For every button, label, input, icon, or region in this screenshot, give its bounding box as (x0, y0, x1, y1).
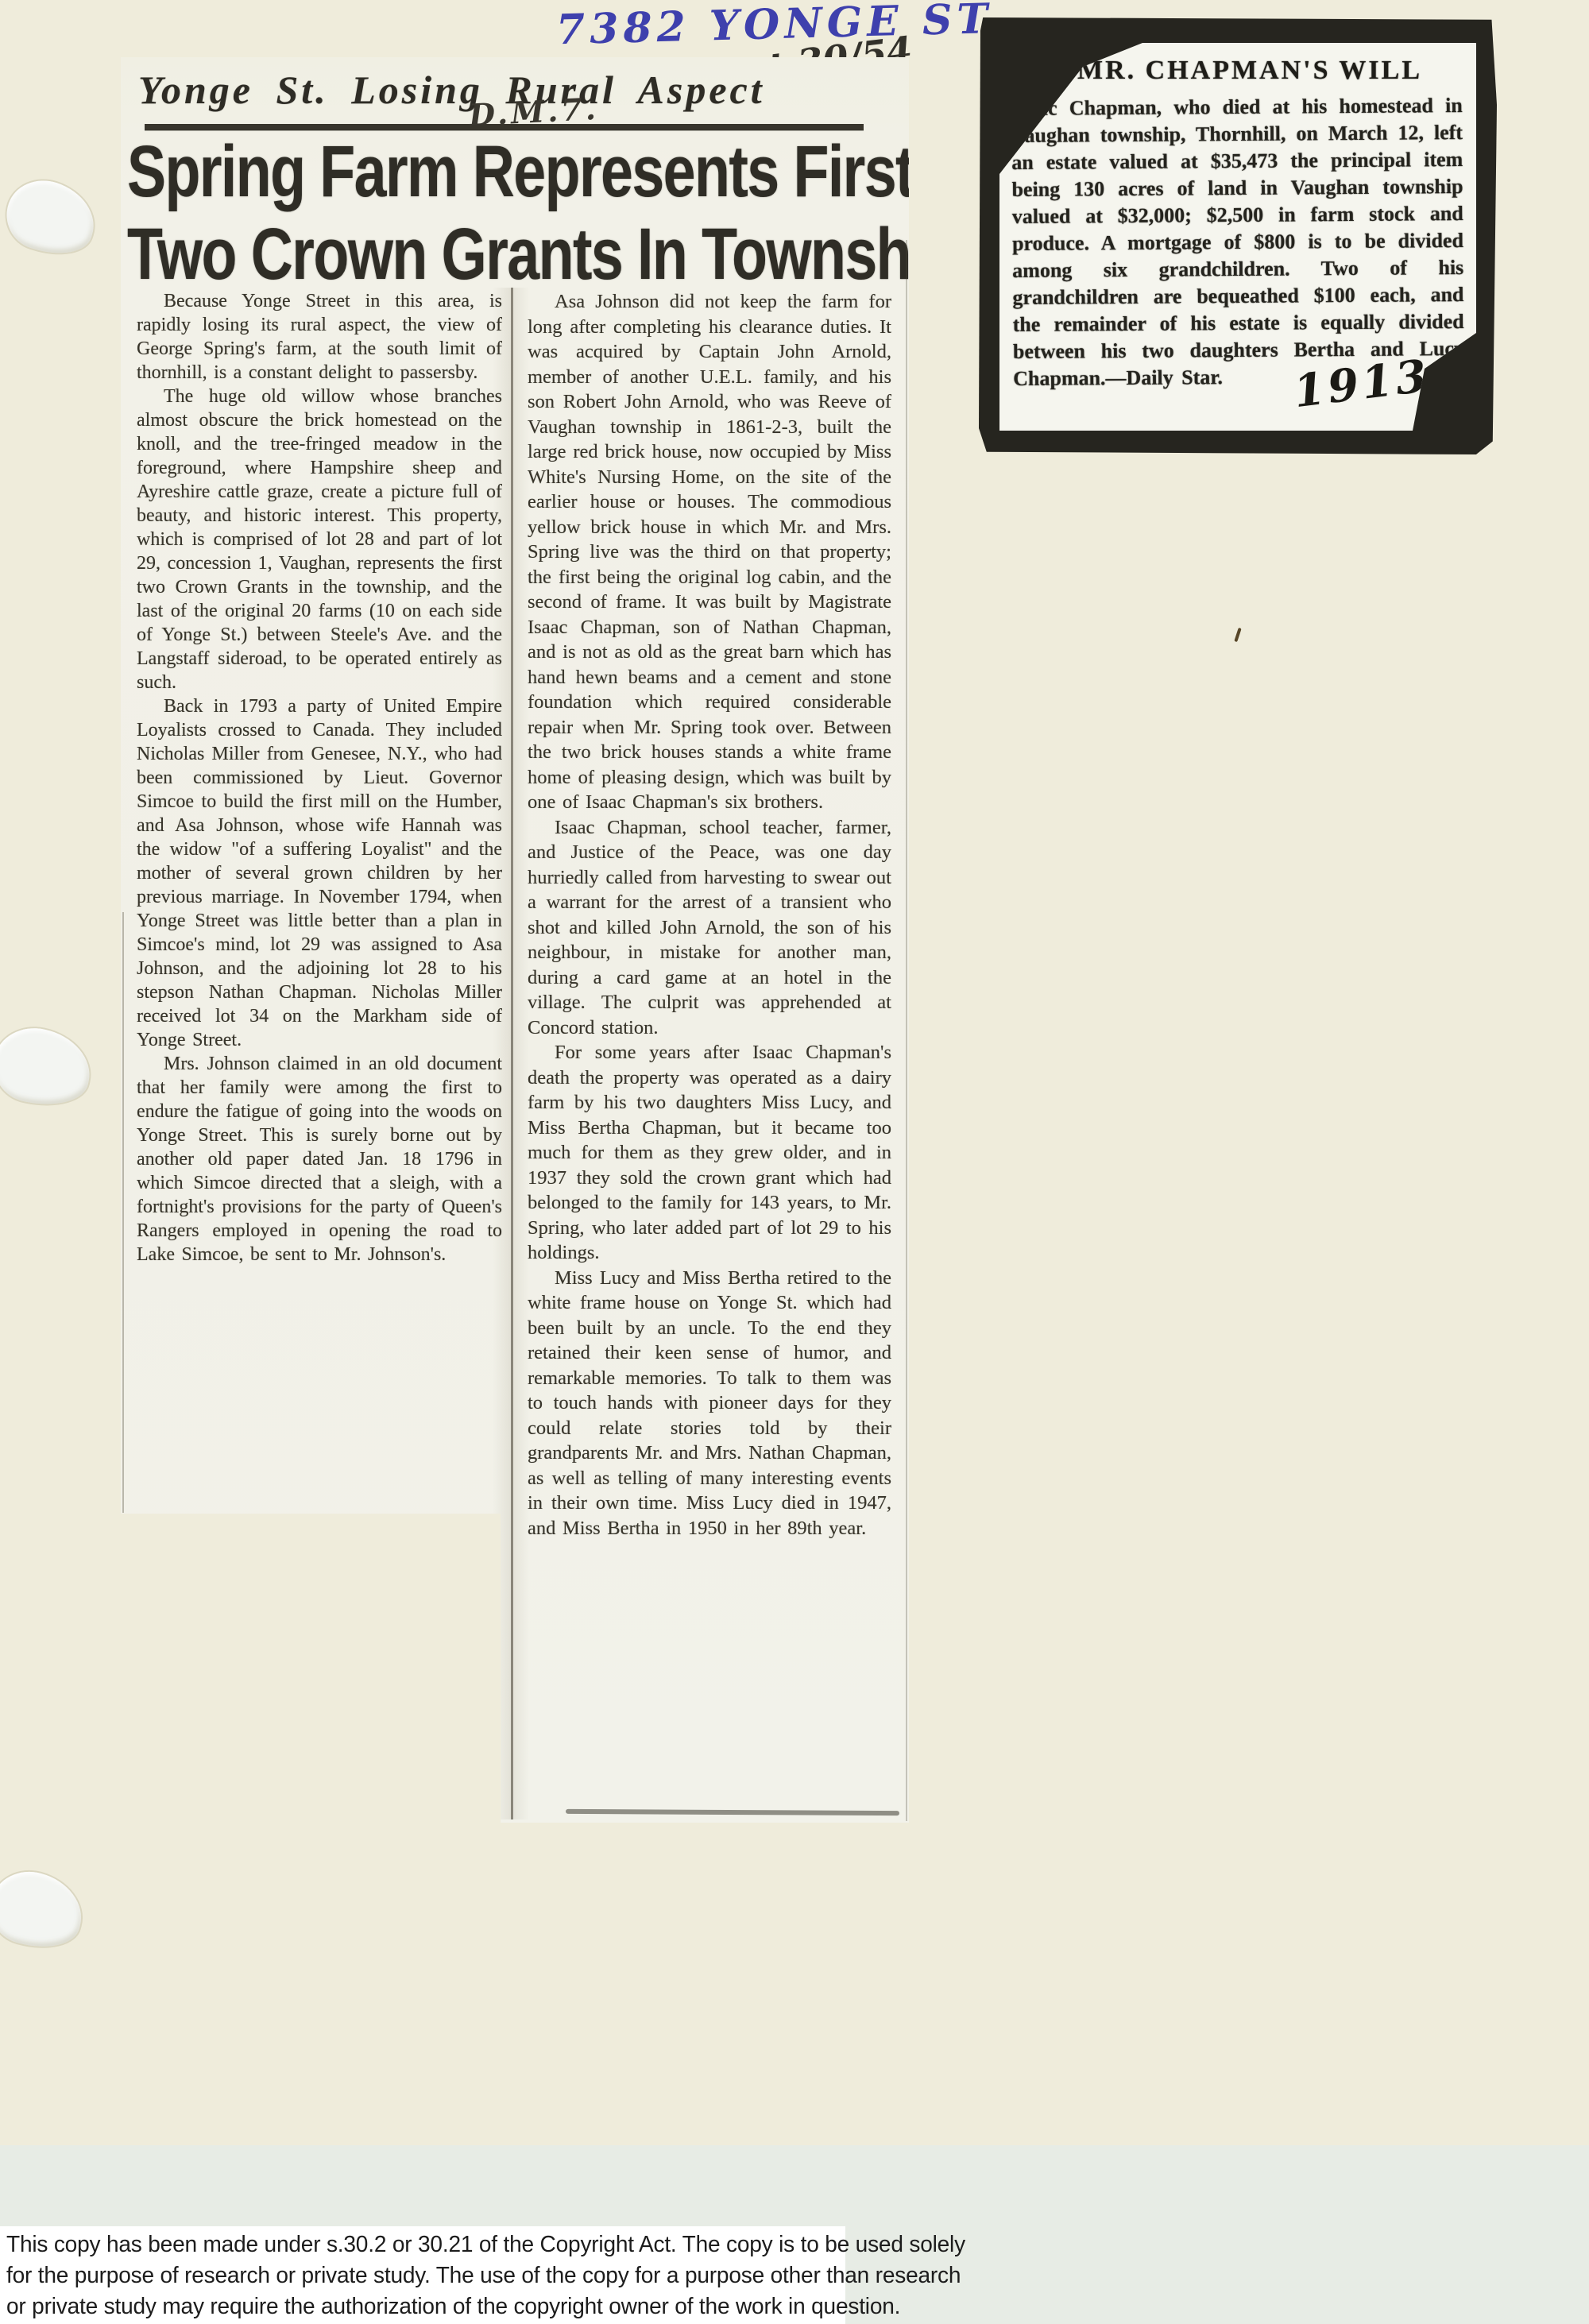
punch-hole-bottom (0, 1863, 91, 1958)
copyright-line: for the purpose of research or private s… (6, 2260, 833, 2291)
paragraph: Back in 1793 a party of United Empire Lo… (137, 694, 502, 1052)
paragraph: Miss Lucy and Miss Bertha retired to the… (528, 1266, 891, 1541)
paragraph: Isaac Chapman, school teacher, farmer, a… (528, 815, 891, 1041)
newspaper-clipping: Yonge St. Losing Rural Aspect D.M.7. Spr… (121, 57, 909, 1823)
clipping-left-edge-line (122, 912, 124, 1513)
article-column-right: Asa Johnson did not keep the farm for lo… (528, 289, 891, 1819)
will-body-text: Isaac Chapman, who died at his homestead… (1011, 92, 1465, 392)
paragraph: The huge old willow whose branches almos… (137, 385, 502, 694)
article-column-left: Because Yonge Street in this area, is ra… (137, 289, 502, 1508)
paragraph: Asa Johnson did not keep the farm for lo… (528, 289, 891, 815)
punch-hole-middle (0, 1020, 97, 1113)
clipping-right-edge-line (906, 240, 907, 1821)
paragraph: Mrs. Johnson claimed in an old document … (137, 1052, 502, 1266)
will-title: MR. CHAPMAN'S WILL (1043, 56, 1456, 86)
article-headline-line1: Spring Farm Represents First (127, 130, 914, 214)
copyright-notice: This copy has been made under s.30.2 or … (0, 2226, 845, 2324)
copyright-line: This copy has been made under s.30.2 or … (6, 2229, 833, 2260)
paragraph: For some years after Isaac Chapman's dea… (528, 1040, 891, 1266)
will-clipping-paper: MR. CHAPMAN'S WILL Isaac Chapman, who di… (999, 43, 1476, 431)
column-divider-rule (511, 288, 513, 1819)
punch-hole-top (0, 171, 104, 265)
handwritten-file-note: D.M.7. (468, 91, 600, 133)
stray-pen-mark (1234, 628, 1241, 642)
article-headline-line2: Two Crown Grants In Township (127, 213, 960, 296)
scanned-archive-page: { "annotations": { "address": "7382 YONG… (0, 0, 1589, 2324)
copyright-line: or private study may require the authori… (6, 2291, 833, 2322)
will-clipping: MR. CHAPMAN'S WILL Isaac Chapman, who di… (979, 17, 1497, 454)
paragraph: Because Yonge Street in this area, is ra… (137, 289, 502, 385)
